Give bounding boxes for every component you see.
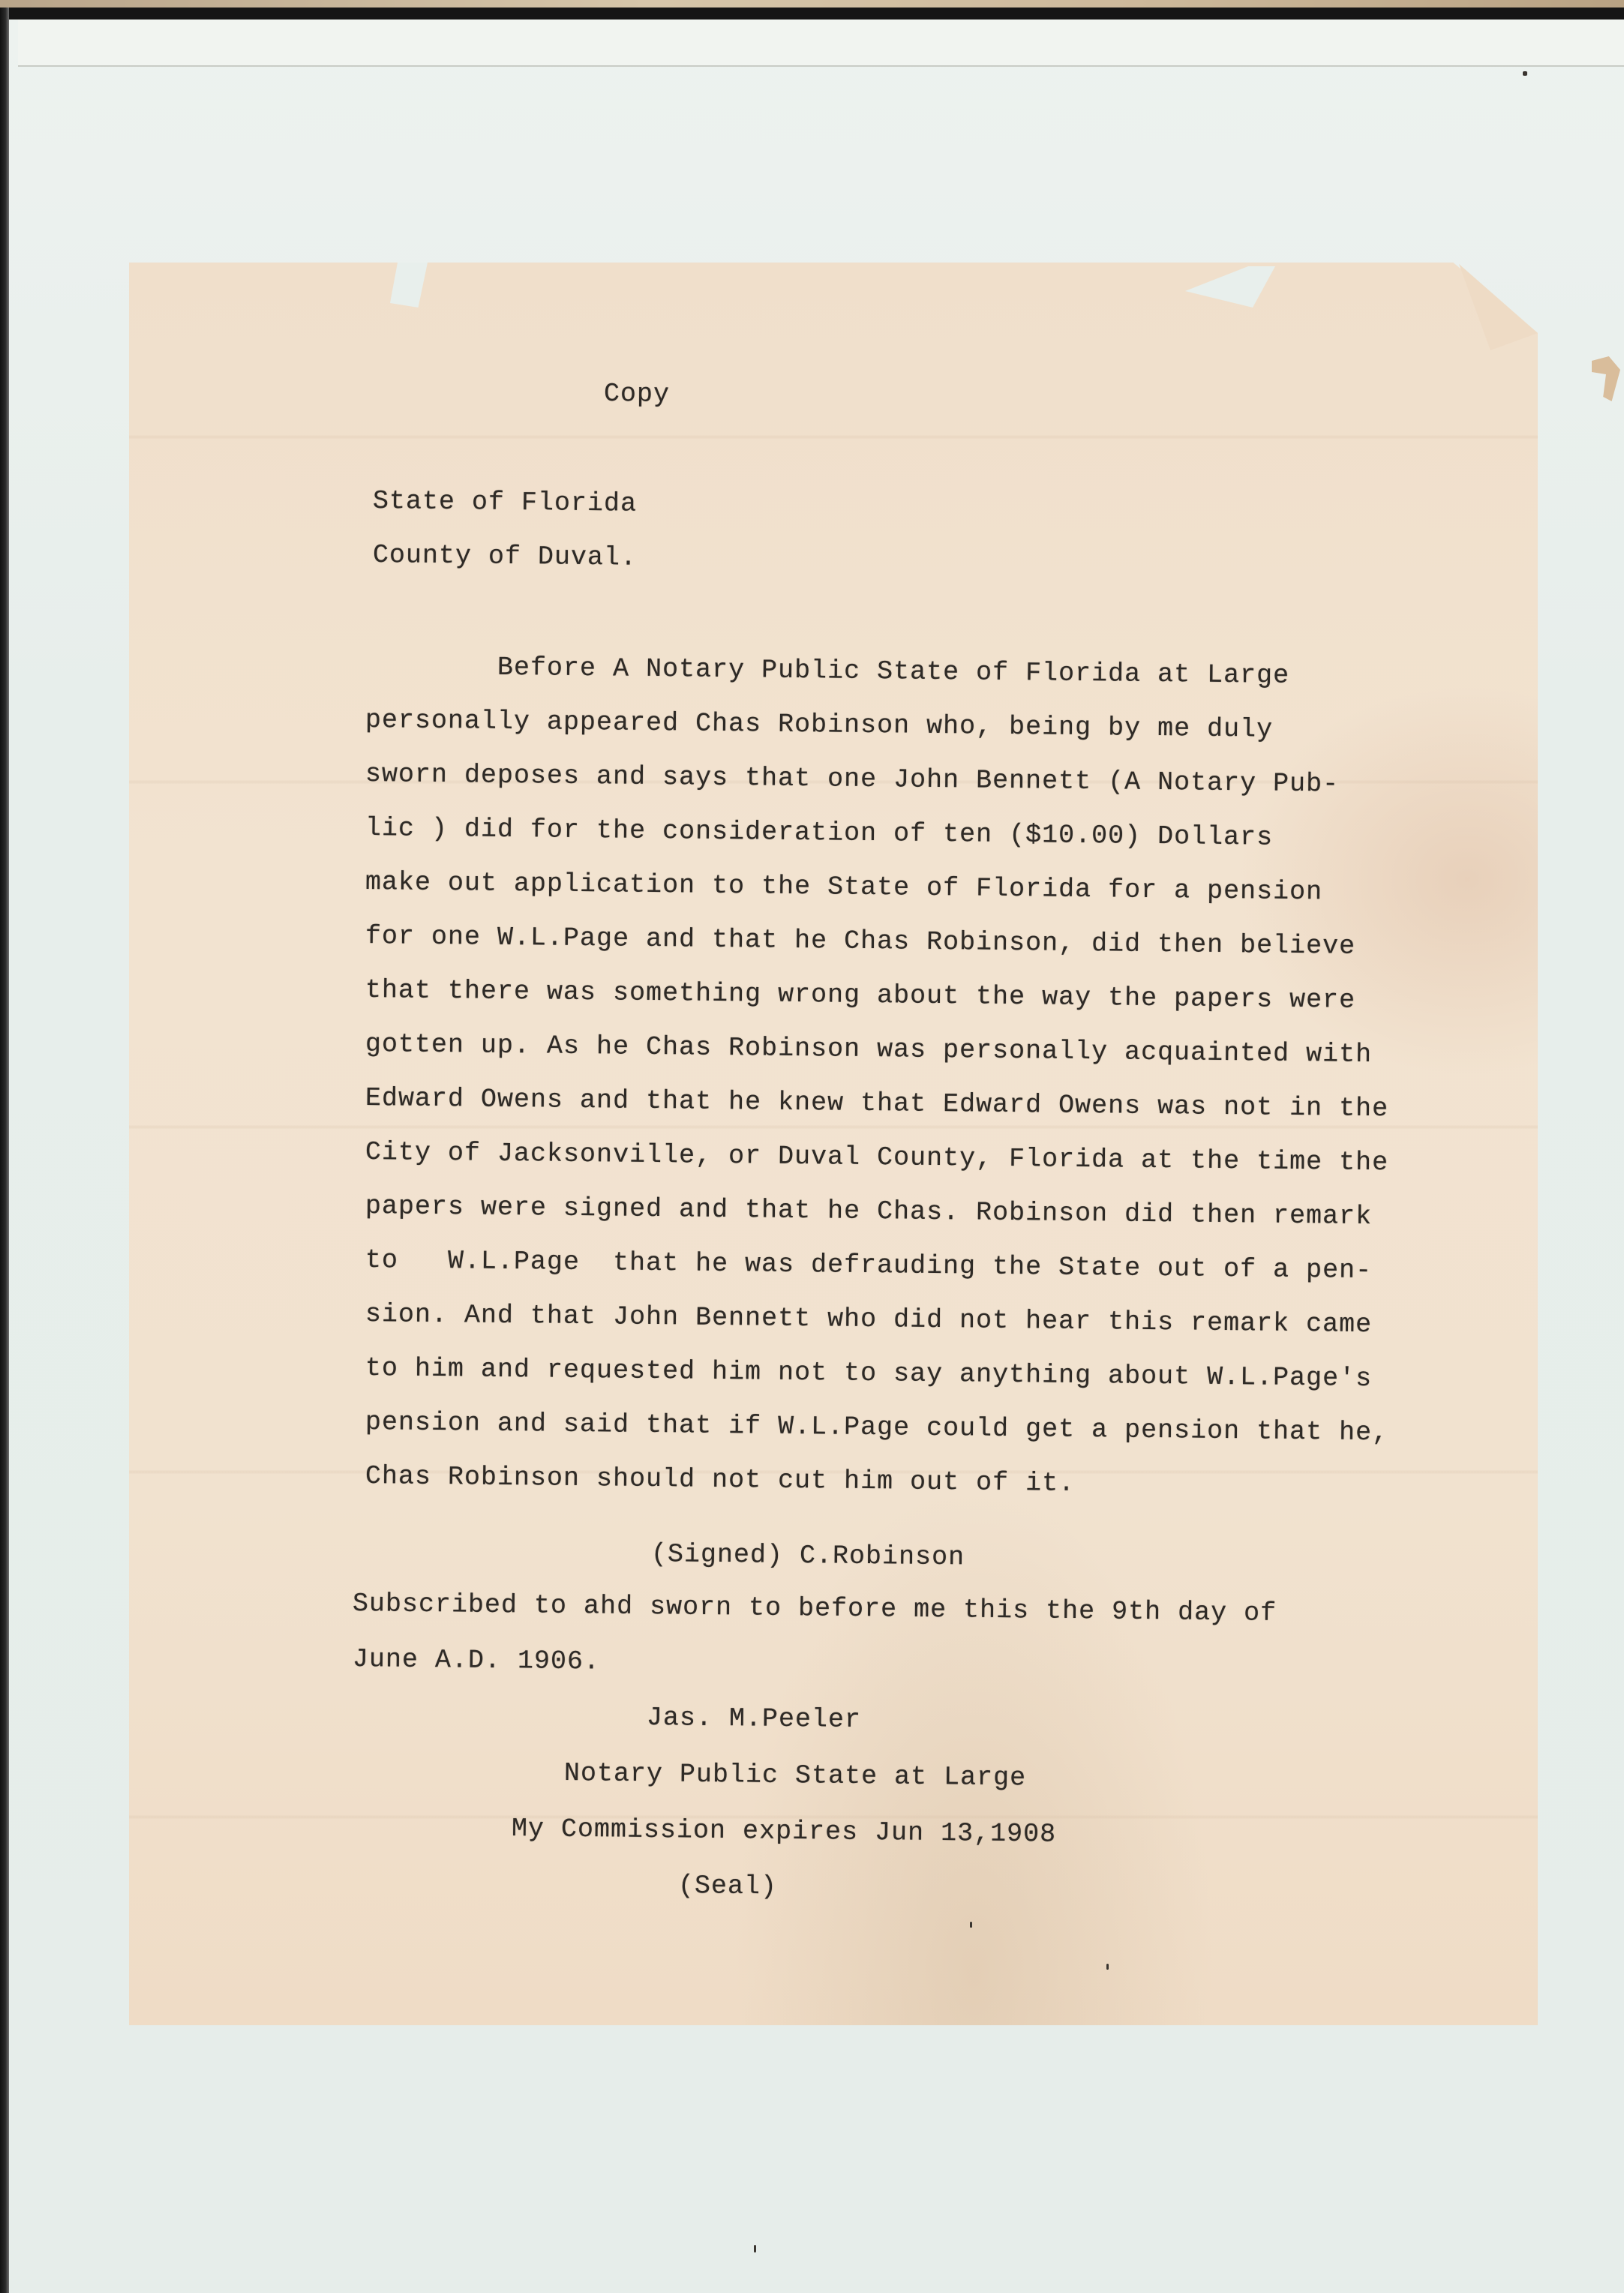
backdrop-crease-line [18, 65, 1624, 67]
notary-name: Jas. M.Peeler [647, 1703, 861, 1735]
notary-commission: My Commission expires Jun 13,1908 [512, 1814, 1057, 1850]
scanner-left-edge [0, 8, 9, 2293]
dust-speck [754, 2245, 756, 2252]
scanner-edge-bar [0, 8, 1624, 20]
venue-county: County of Duval. [373, 540, 637, 573]
deponent-signature: (Signed) C.Robinson [651, 1539, 965, 1572]
scanner-top-strip [0, 0, 1624, 8]
jurat-line-2: June A.D. 1906. [353, 1644, 600, 1676]
notary-title: Notary Public State at Large [564, 1758, 1026, 1793]
notary-seal: (Seal) [678, 1871, 777, 1901]
document-heading: Copy [604, 379, 670, 410]
dust-speck [1523, 71, 1527, 76]
venue-state: State of Florida [373, 486, 637, 519]
dust-speck [1106, 1964, 1109, 1970]
backdrop-top-band [18, 20, 1624, 65]
dust-speck [970, 1922, 972, 1928]
